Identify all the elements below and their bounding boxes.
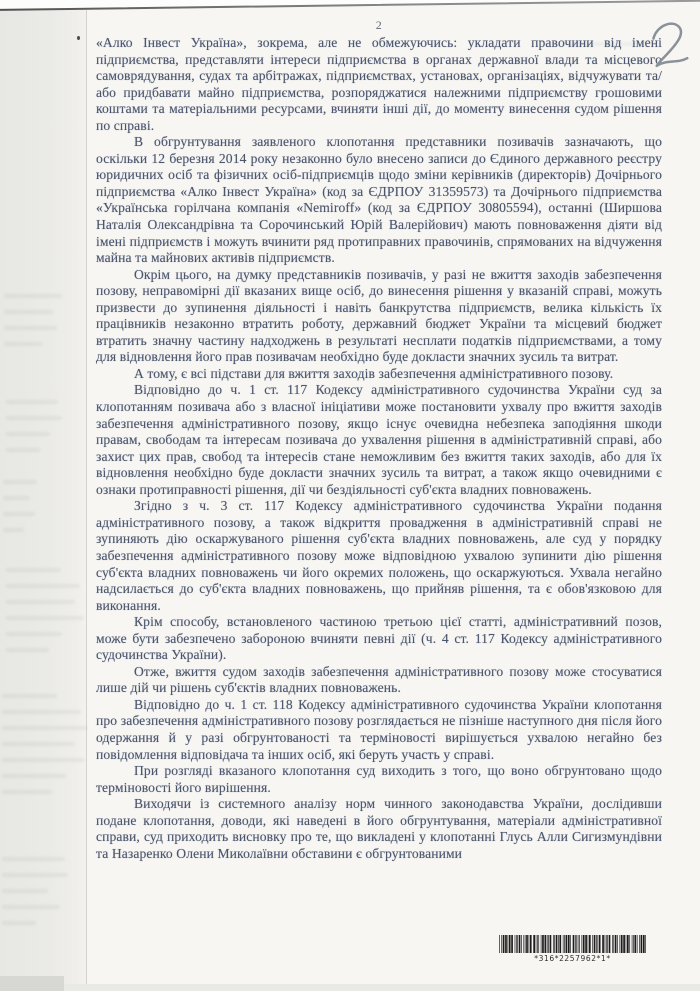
paragraph: Виходячи із системного аналізу норм чинн… — [96, 796, 662, 862]
bleed-through-lines — [4, 282, 62, 358]
bleed-through-lines — [2, 845, 68, 937]
paragraph: Відповідно до ч. 1 ст. 117 Кодексу адмін… — [96, 382, 662, 498]
bleed-through-lines — [6, 556, 84, 664]
handwritten-page-mark — [650, 20, 694, 68]
paragraph: Згідно з ч. 3 ст. 117 Кодексу адміністра… — [96, 498, 662, 614]
barcode-block: *316*2257962*1* — [499, 935, 646, 963]
paragraph: А тому, є всі підстави для вжиття заході… — [96, 366, 662, 383]
document-body: «Алко Інвест Україна», зокрема, але не о… — [96, 35, 662, 862]
paragraph: Отже, вжиття судом заходів забезпечення … — [96, 664, 662, 697]
staple-mark — [77, 36, 80, 40]
paragraph: В обгрунтування заявленого клопотання пр… — [96, 134, 662, 266]
barcode — [499, 935, 646, 953]
barcode-label: *316*2257962*1* — [499, 954, 646, 963]
scanned-court-document-page: { "page": { "number_label": "2", "handwr… — [0, 0, 700, 991]
page-number: 2 — [96, 18, 662, 33]
paragraph: Відповідно до ч. 1 ст. 118 Кодексу адмін… — [96, 697, 662, 763]
bleed-through-lines — [3, 468, 37, 544]
paragraph: При розгляді вказаного клопотання суд ви… — [96, 763, 662, 796]
bleed-through-lines — [6, 388, 62, 464]
page-bottom-corner-shadow — [0, 976, 64, 991]
paragraph: Окрім цього, на думку представників пози… — [96, 267, 662, 366]
paragraph: Крім способу, встановленого частиною тре… — [96, 614, 662, 664]
page-bottom-edge — [0, 984, 700, 991]
bleed-through-lines — [2, 682, 88, 806]
paragraph: «Алко Інвест Україна», зокрема, але не о… — [96, 35, 662, 134]
